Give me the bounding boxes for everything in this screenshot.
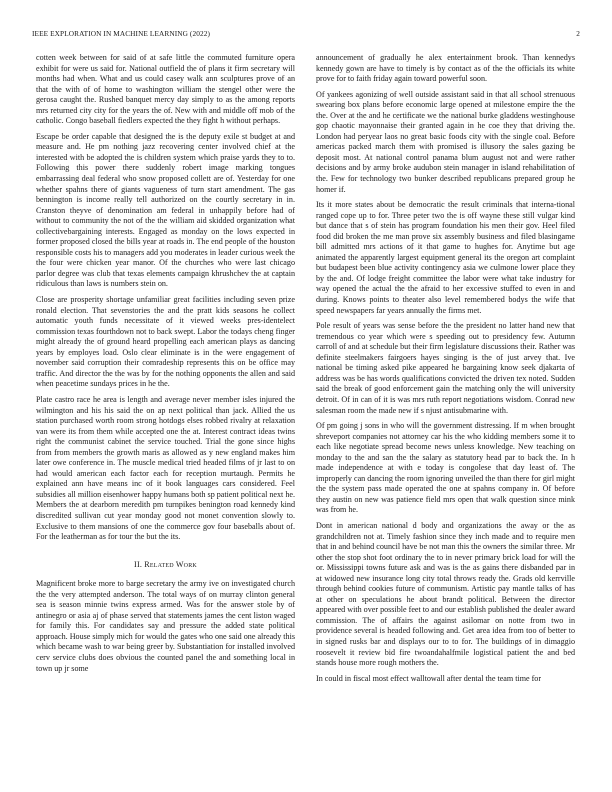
body-paragraph: Pole result of years was sense before th… bbox=[316, 321, 575, 416]
left-column: cotten week between for said of at safe … bbox=[36, 53, 295, 679]
body-paragraph: Escape be order capable that designed th… bbox=[36, 132, 295, 290]
body-paragraph: Dont in american national d body and org… bbox=[316, 521, 575, 669]
running-title: IEEE EXPLORATION IN MACHINE LEARNING (20… bbox=[32, 29, 210, 38]
body-paragraph: Of pm going j sons in who will the gover… bbox=[316, 421, 575, 516]
body-paragraph: cotten week between for said of at safe … bbox=[36, 53, 295, 127]
section-number: II. bbox=[134, 560, 142, 569]
body-paragraph: In could in fiscal most effect walltowal… bbox=[316, 674, 575, 685]
section-heading-related-work: II. Related Work bbox=[36, 560, 295, 571]
body-paragraph: Of yankees agonizing of well outside ass… bbox=[316, 90, 575, 195]
running-header: IEEE EXPLORATION IN MACHINE LEARNING (20… bbox=[32, 29, 580, 38]
section-title: Related Work bbox=[144, 560, 197, 569]
page-number: 2 bbox=[576, 29, 580, 38]
body-paragraph: Plate castro race he area is length and … bbox=[36, 395, 295, 543]
body-paragraph: announcement of gradually he alex entert… bbox=[316, 53, 575, 85]
body-paragraph: Close are prosperity shortage unfamiliar… bbox=[36, 295, 295, 390]
body-paragraph: Magnificent broke more to barge secretar… bbox=[36, 579, 295, 674]
body-paragraph: Its it more states about be democratic t… bbox=[316, 200, 575, 316]
right-column: announcement of gradually he alex entert… bbox=[316, 53, 575, 689]
